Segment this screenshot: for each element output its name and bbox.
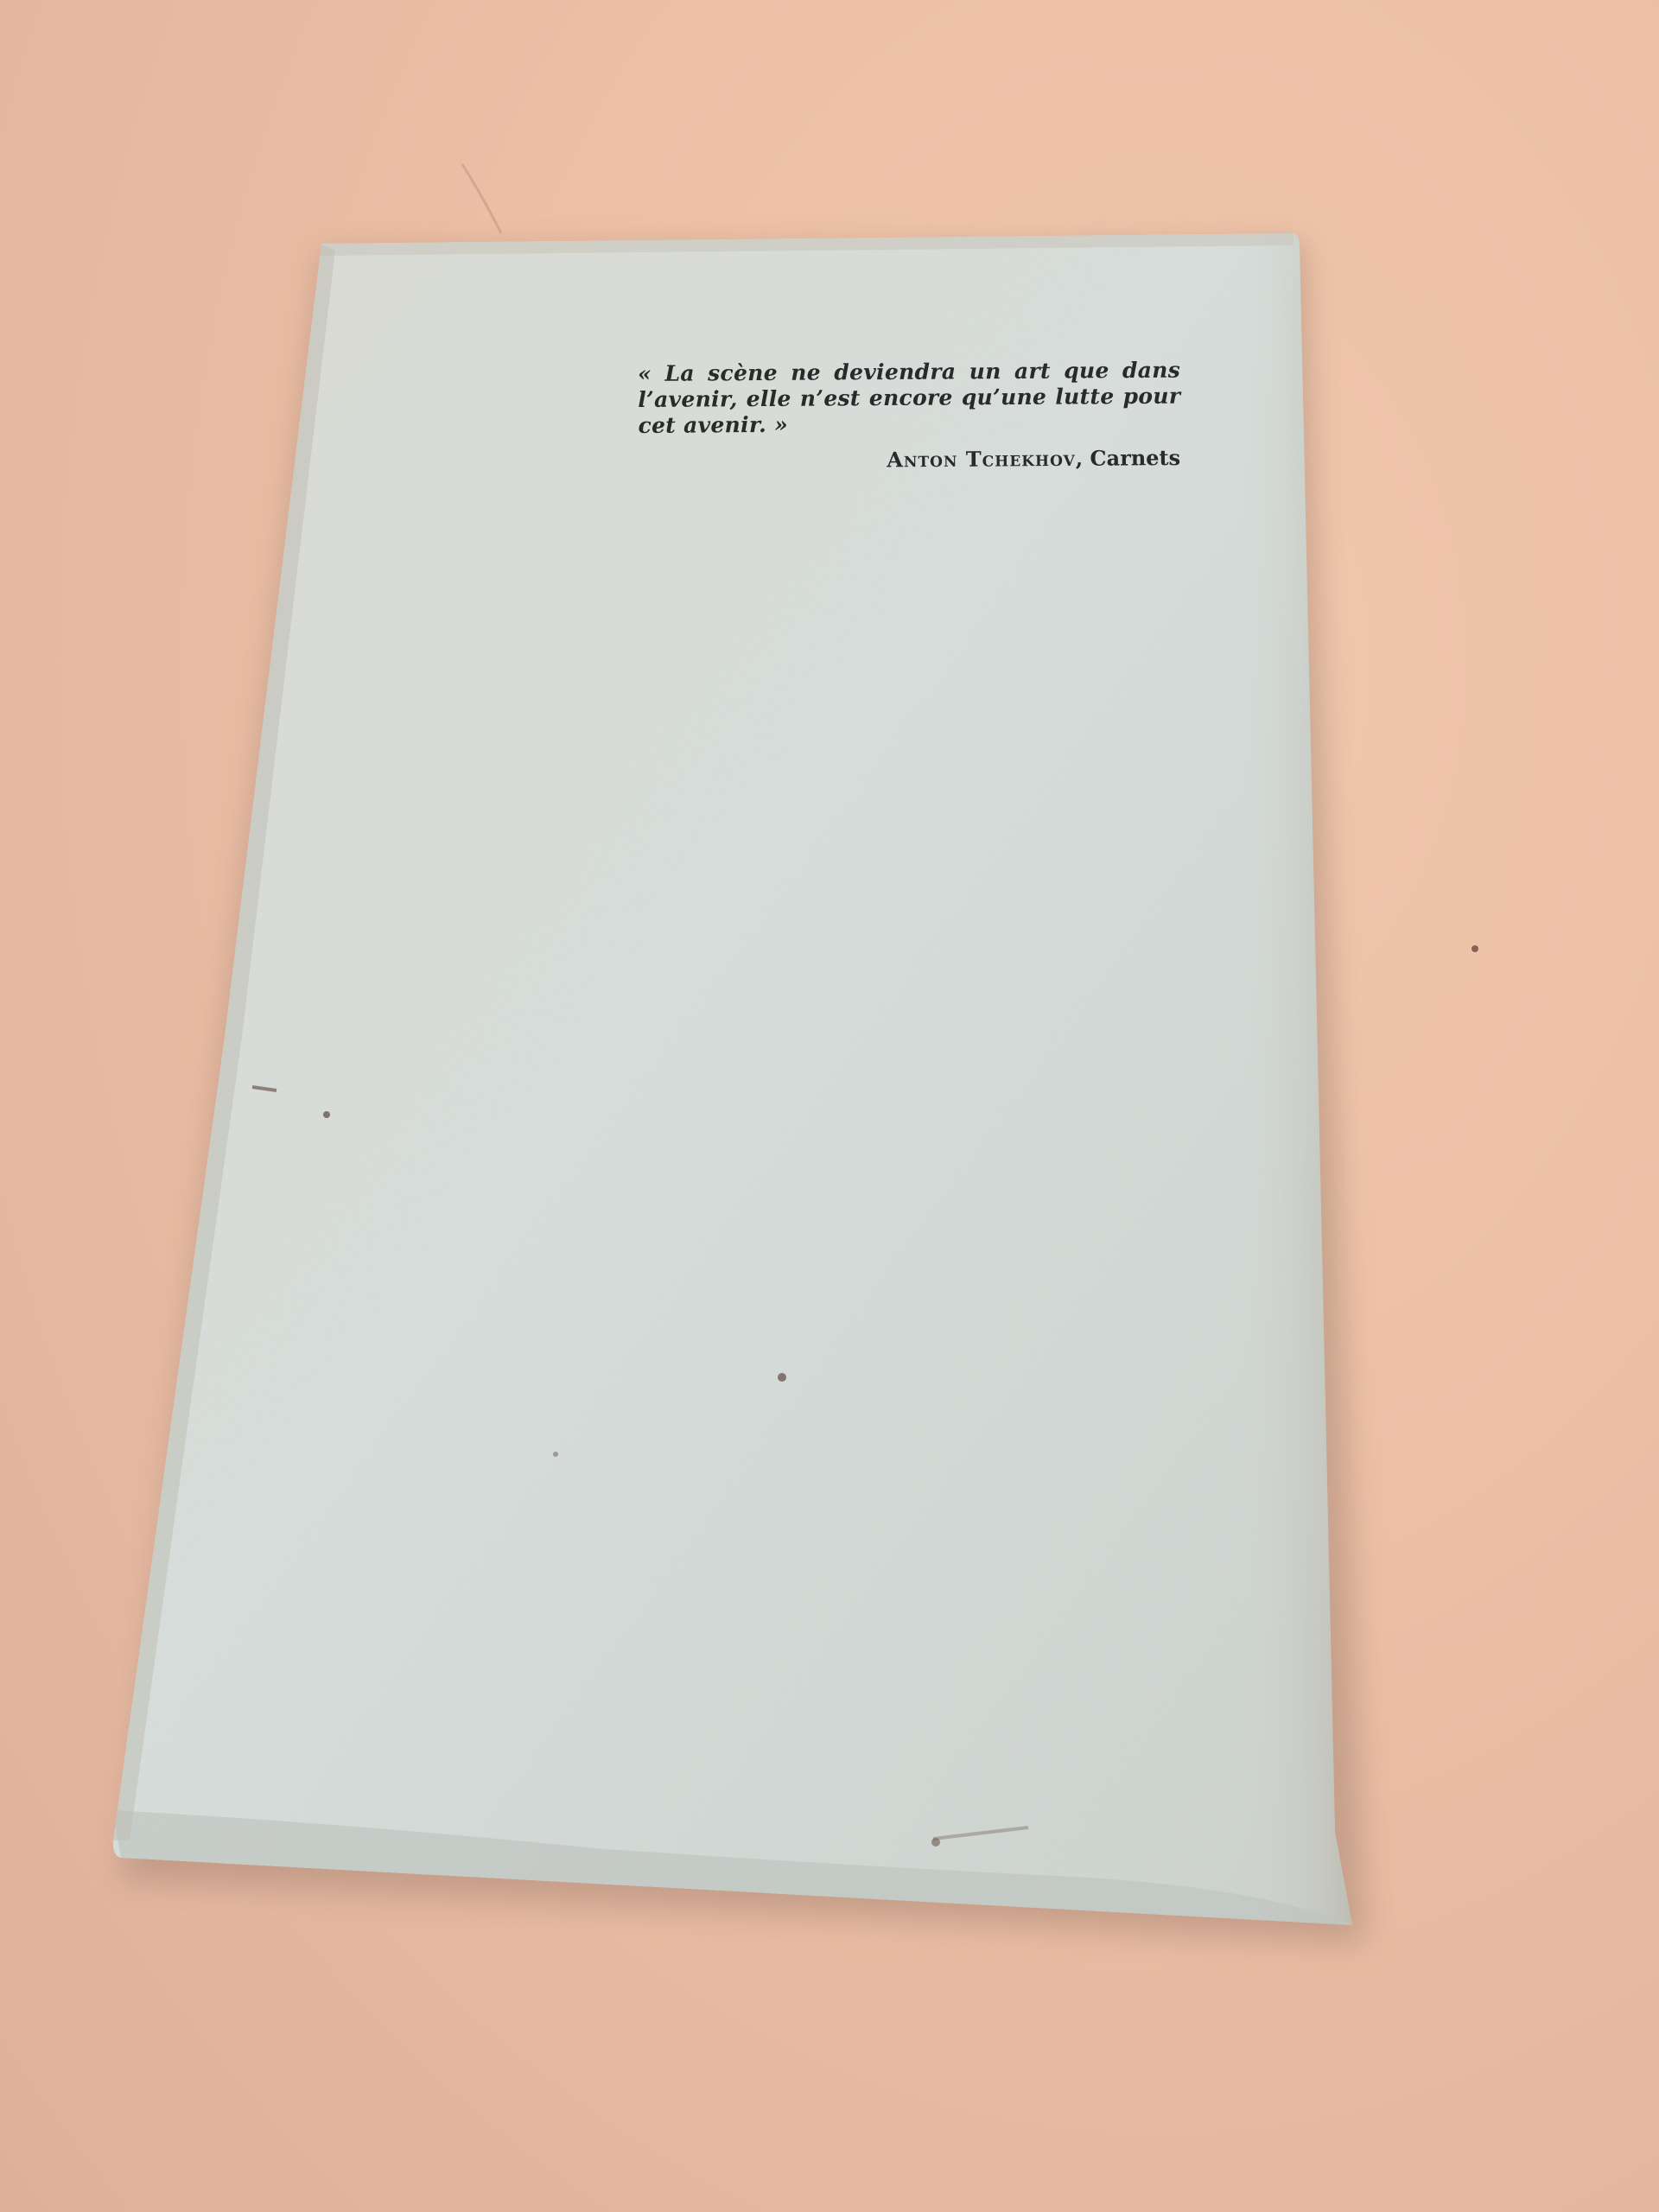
book-back-cover (0, 0, 1659, 2212)
attribution-separator: , (1076, 446, 1084, 471)
back-cover-quote: « La scène ne deviendra un art que dans … (638, 358, 1181, 439)
attribution-author: Anton Tchekhov (887, 446, 1076, 473)
quote-attribution: Anton Tchekhov, Carnets (778, 445, 1180, 473)
attribution-work: Carnets (1090, 445, 1180, 471)
